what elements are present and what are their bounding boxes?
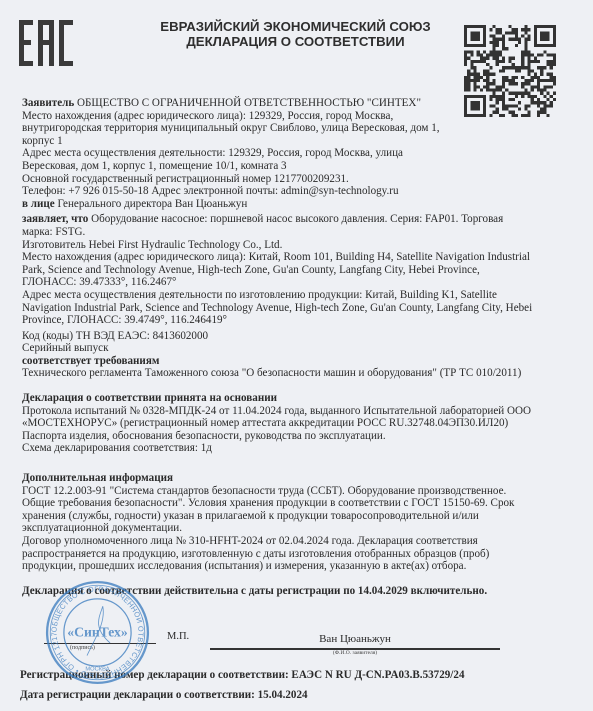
additional-line: эксплуатационной документации. [22,522,582,535]
declaration-scheme: Схема декларирования соответствия: 1д [22,442,582,455]
represented-label: в лице [22,198,55,210]
manufacturer-production-address-2: Navigation Industrial Park, Science and … [22,302,582,315]
registration-block: Регистрационный номер декларации о соотв… [20,665,465,705]
additional-line: ГОСТ 12.2.003-91 "Система стандартов без… [22,485,582,498]
applicant-activity-address: Адрес места осуществления деятельности: … [22,147,582,160]
additional-line: распространяется на продукцию, изготовле… [22,548,582,561]
basis-heading: Декларация о соответствии принята на осн… [22,392,582,405]
manufacturer-production-address: Адрес места осуществления деятельности п… [22,289,582,302]
product-description-2: марка: FSTG. [22,226,582,239]
applicant-activity-address-2: Вересковая, дом 1, корпус 1, помещение 1… [22,160,582,173]
basis-line: Паспорта изделия, обоснования безопаснос… [22,430,582,443]
product-description: Оборудование насосное: поршневой насос в… [91,213,503,225]
additional-line: Договор уполномоченного лица № 310-HFHT-… [22,535,582,548]
applicant-line: Заявитель ОБЩЕСТВО С ОГРАНИЧЕННОЙ ОТВЕТС… [22,97,582,110]
applicant-legal-address: Место нахождения (адрес юридического лиц… [22,110,582,123]
complies-label: соответствует требованиям [22,355,582,368]
seal-place-label: М.П. [167,631,189,642]
signature-line [44,643,156,644]
applicant-label: Заявитель [22,97,74,109]
basis-line: Протокола испытаний № 0328-МПДК-24 от 11… [22,405,582,418]
additional-line: продукции, прошедших исследования (испыт… [22,560,582,573]
manufacturer-legal-address-2: Park, Science and Technology Avenue, Hig… [22,264,582,277]
signature-caption: (подпись) [70,645,95,651]
signature-block: (подпись) М.П. Ван Цюаньжун (Ф.И.О. заяв… [22,620,582,650]
manufacturer: Изготовитель Hebei First Hydraulic Techn… [22,239,582,252]
manufacturer-production-address-3: Province, ГЛОНАСС: 39.4749°, 116.246419° [22,314,582,327]
hs-code: Код (коды) ТН ВЭД ЕАЭС: 8413602000 [22,330,582,343]
additional-line: Общие требования безопасности". Условия … [22,497,582,510]
release-type: Серийный выпуск [22,342,582,355]
regulation: Технического регламента Таможенного союз… [22,367,582,380]
applicant-ogrn: Основной государственный регистрационный… [22,173,582,186]
applicant-legal-address-2: внутригородская территория муниципальный… [22,122,582,135]
additional-line: хранения (службы, годности) указан в при… [22,510,582,523]
declaration-document: ЕВРАЗИЙСКИЙ ЭКОНОМИЧЕСКИЙ СОЮЗ ДЕКЛАРАЦИ… [0,0,593,711]
represented-by: Генерального директора Ван Цюаньжун [57,198,247,210]
registration-date: Дата регистрации декларации о соответств… [20,685,465,705]
product-line: заявляет, что Оборудование насосное: пор… [22,213,582,226]
additional-heading: Дополнительная информация [22,472,582,485]
manufacturer-legal-address-3: ГЛОНАСС: 39.47333°, 116.2467° [22,276,582,289]
applicant-name: ОБЩЕСТВО С ОГРАНИЧЕННОЙ ОТВЕТСТВЕННОСТЬЮ… [77,97,421,109]
declares-label: заявляет, что [22,213,88,225]
represented-line: в лице Генерального директора Ван Цюаньж… [22,198,582,211]
applicant-legal-address-3: корпус 1 [22,135,582,148]
manufacturer-legal-address: Место нахождения (адрес юридического лиц… [22,251,582,264]
validity-statement: Декларация о соответствии действительна … [22,585,582,598]
applicant-contacts: Телефон: +7 926 015-50-18 Адрес электрон… [22,185,582,198]
signer-name: Ван Цюаньжун [210,633,500,645]
basis-line: «МОСТЕХНОРУС» (регистрационный номер атт… [22,417,582,430]
signer-caption: (Ф.И.О. заявителя) [210,650,500,656]
registration-number: Регистрационный номер декларации о соотв… [20,665,465,685]
document-body: Заявитель ОБЩЕСТВО С ОГРАНИЧЕННОЙ ОТВЕТС… [22,97,582,597]
